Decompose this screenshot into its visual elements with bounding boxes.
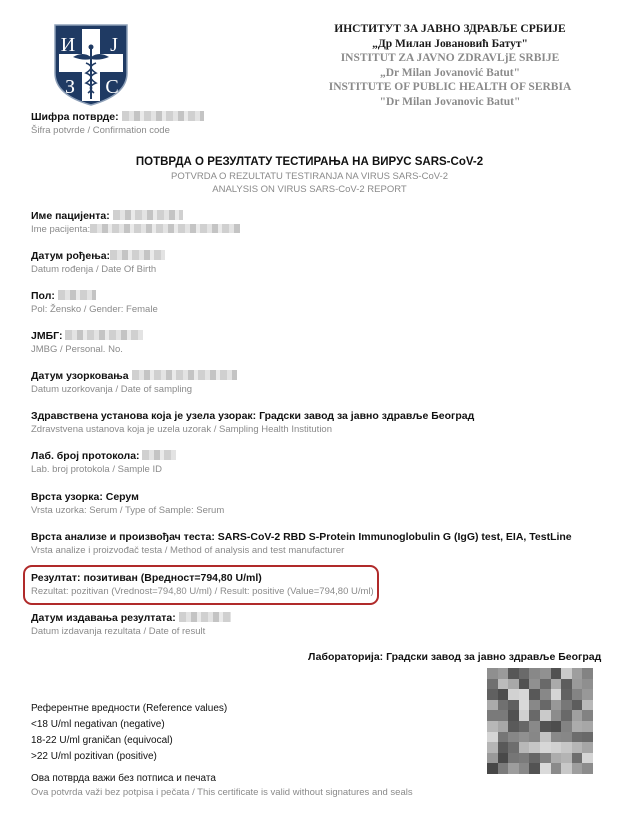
institute-name-english: INSTITUTE OF PUBLIC HEALTH OF SERBIA [300, 80, 600, 95]
redacted-value [65, 330, 143, 340]
logo-letter-j: Ј [110, 34, 118, 56]
document-title: ПОТВРДА О РЕЗУЛТАТУ ТЕСТИРАЊА НА ВИРУС S… [0, 155, 619, 196]
redacted-value [179, 612, 231, 622]
result-date-sub: Datum izdavanja rezultata / Date of resu… [31, 625, 231, 639]
institute-logo: И Ј З С [53, 23, 129, 107]
redacted-value [122, 111, 204, 121]
redacted-value [132, 370, 237, 380]
reference-negative: <18 U/ml negativan (negative) [31, 717, 227, 733]
lab-no-sub: Lab. broj protokola / Sample ID [31, 463, 176, 477]
institution-sub: Zdravstvena ustanova koja je uzela uzora… [31, 423, 474, 437]
sampling-date-label: Датум узорковања [31, 370, 129, 382]
dob-sub: Datum rođenja / Date Of Birth [31, 263, 165, 277]
sample-type-sub: Vrsta uzorka: Serum / Type of Sample: Se… [31, 504, 224, 518]
result-sub: Rezultat: pozitivan (Vrednost=794,80 U/m… [31, 585, 374, 599]
reference-equivocal: 18-22 U/ml graničan (equivocal) [31, 733, 227, 749]
logo-letter-z: З [65, 76, 75, 98]
jmbg-label: ЈМБГ: [31, 330, 62, 342]
jmbg-sub: JMBG / Personal. No. [31, 343, 143, 357]
title-english: ANALYSIS ON VIRUS SARS-CoV-2 REPORT [0, 183, 619, 196]
institute-header: ИНСТИТУТ ЗА ЈАВНО ЗДРАВЉЕ СРБИЈЕ „Др Мил… [300, 22, 600, 109]
confirmation-code-sub: Šifra potvrde / Confirmation code [31, 124, 204, 138]
redacted-value [113, 210, 183, 220]
patient-name-label: Име пацијента: [31, 210, 110, 222]
institute-batut-cyrillic: „Др Милан Јовановић Батут" [300, 37, 600, 52]
confirmation-code-field: Шифра потврде: Šifra potvrde / Confirmat… [31, 110, 204, 138]
dob-label: Датум рођења: [31, 250, 110, 262]
result-field: Резултат: позитиван (Вредност=794,80 U/m… [31, 571, 374, 599]
gender-sub: Pol: Žensko / Gender: Female [31, 303, 158, 317]
method-sub: Vrsta analize i proizvođač testa / Metho… [31, 544, 572, 558]
redacted-value [58, 290, 96, 300]
reference-values: Референтне вредности (Reference values) … [31, 701, 227, 765]
jmbg-field: ЈМБГ: JMBG / Personal. No. [31, 329, 143, 357]
qr-code [487, 668, 593, 774]
laboratory-label: Лабораторија: Градски завод за јавно здр… [308, 651, 601, 663]
lab-no-label: Лаб. број протокола: [31, 450, 140, 462]
gender-field: Пол: Pol: Žensko / Gender: Female [31, 289, 158, 317]
institution-label: Здравствена установа која је узела узора… [31, 409, 474, 423]
result-label: Резултат: позитиван (Вредност=794,80 U/m… [31, 571, 374, 585]
institute-batut-english: "Dr Milan Jovanovic Batut" [300, 95, 600, 110]
result-date-label: Датум издавања резултата: [31, 612, 176, 624]
gender-label: Пол: [31, 290, 55, 302]
lab-no-field: Лаб. број протокола: Lab. broj protokola… [31, 449, 176, 477]
sampling-date-field: Датум узорковања Datum uzorkovanja / Dat… [31, 369, 237, 397]
redacted-value [110, 250, 165, 260]
dob-field: Датум рођења: Datum rođenja / Date Of Bi… [31, 249, 165, 277]
logo-letter-i: И [61, 34, 75, 56]
institute-name-latin: INSTITUT ZA JAVNO ZDRAVLjE SRBIJE [300, 51, 600, 66]
validity-note: Ова потврда важи без потписа и печата Ov… [31, 772, 413, 800]
method-field: Врста анализе и произвођач теста: SARS-C… [31, 530, 572, 558]
institute-name-cyrillic: ИНСТИТУТ ЗА ЈАВНО ЗДРАВЉЕ СРБИЈЕ [300, 22, 600, 37]
logo-letter-s: С [105, 76, 118, 98]
validity-cyrillic: Ова потврда важи без потписа и печата [31, 772, 413, 786]
patient-name-sub: Ime pacijenta: [31, 224, 90, 235]
result-date-field: Датум издавања резултата: Datum izdavanj… [31, 611, 231, 639]
reference-positive: >22 U/ml pozitivan (positive) [31, 749, 227, 765]
title-latin: POTVRDA O REZULTATU TESTIRANJA NA VIRUS … [0, 170, 619, 183]
sampling-date-sub: Datum uzorkovanja / Date of sampling [31, 383, 237, 397]
institute-batut-latin: „Dr Milan Jovanović Batut" [300, 66, 600, 81]
redacted-value [142, 450, 176, 460]
title-cyrillic: ПОТВРДА О РЕЗУЛТАТУ ТЕСТИРАЊА НА ВИРУС S… [0, 155, 619, 170]
method-label: Врста анализе и произвођач теста: SARS-C… [31, 530, 572, 544]
redacted-value [90, 224, 240, 233]
sample-type-label: Врста узорка: Серум [31, 490, 224, 504]
reference-title: Референтне вредности (Reference values) [31, 701, 227, 717]
institution-field: Здравствена установа која је узела узора… [31, 409, 474, 437]
sample-type-field: Врста узорка: Серум Vrsta uzorka: Serum … [31, 490, 224, 518]
patient-name-field: Име пацијента: Ime pacijenta: [31, 209, 240, 237]
validity-latin: Ova potvrda važi bez potpisa i pečata / … [31, 786, 413, 800]
confirmation-code-label: Шифра потврде: [31, 111, 119, 123]
